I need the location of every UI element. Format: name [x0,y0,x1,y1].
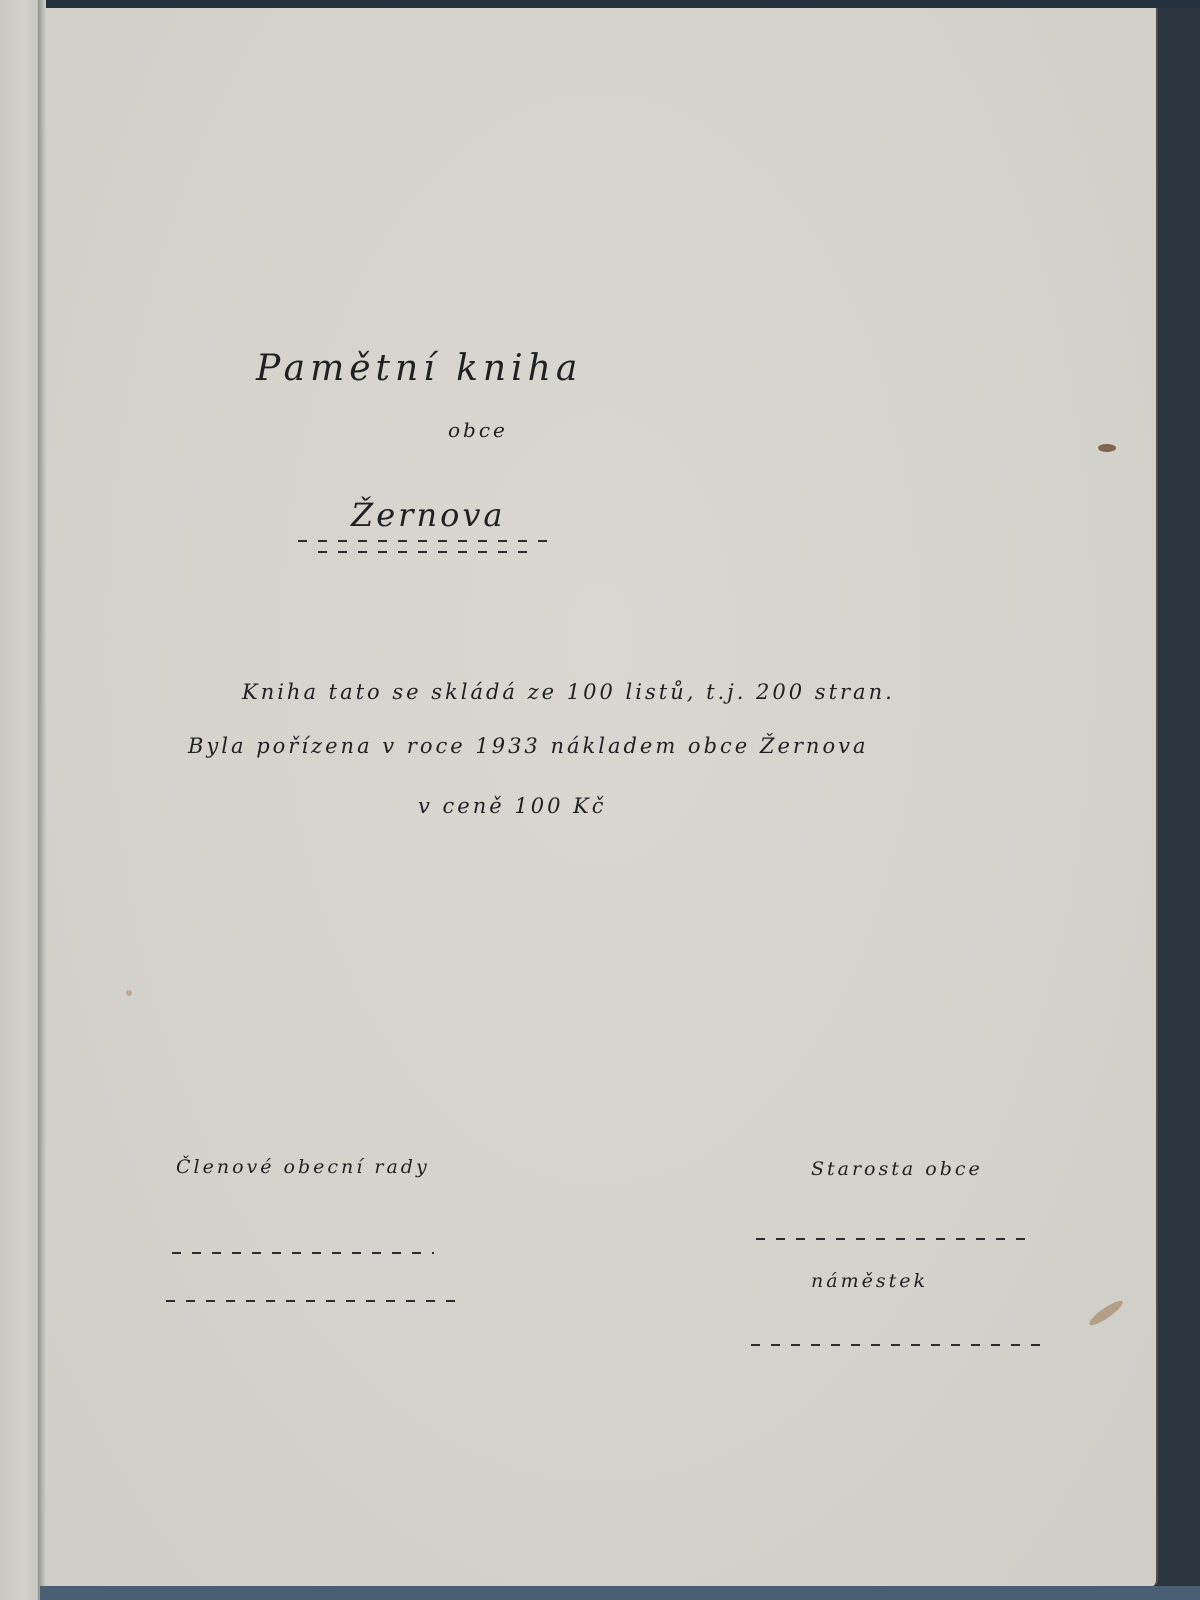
document-page: Pamětní kniha obce Žernova Kniha tato se… [46,8,1158,1586]
foxing-spot [126,990,132,996]
description-line-3: v ceně 100 Kč [418,794,607,818]
village-underline-upper [298,540,548,542]
book-binding-gutter [38,0,46,1600]
description-line-2: Byla pořízena v roce 1933 nákladem obce … [188,734,869,758]
description-line-1: Kniha tato se skládá ze 100 listů, t.j. … [242,680,895,704]
previous-page-edge [0,0,40,1600]
title-line-2: obce [448,418,508,442]
scanner-background-bottom [40,1586,1200,1600]
council-members-label: Členové obecní rady [176,1156,430,1178]
ink-spot [1098,444,1116,452]
village-underline-lower [318,551,538,553]
mayor-signature-line [756,1238,1031,1240]
village-name: Žernova [351,496,506,534]
mayor-label: Starosta obce [811,1158,983,1180]
deputy-signature-line [751,1344,1046,1346]
scanner-background-top [46,0,1200,8]
council-signature-line-2 [166,1300,456,1302]
deputy-label: náměstek [811,1270,928,1292]
title-line-1: Pamětní kniha [256,348,582,389]
brown-stain [1087,1297,1126,1328]
council-signature-line-1 [172,1252,434,1254]
